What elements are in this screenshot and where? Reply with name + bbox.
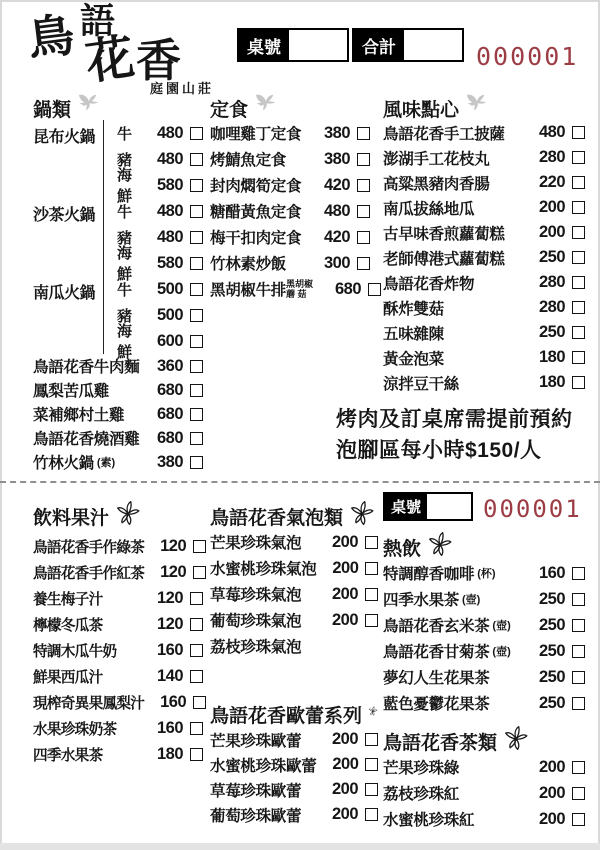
item-price: 120 <box>144 537 186 556</box>
item-name: 鳥語花香手作綠茶 <box>33 536 144 557</box>
order-checkbox[interactable] <box>190 205 203 218</box>
order-checkbox[interactable] <box>572 671 585 684</box>
section-header-juices: 飲料果汁 <box>33 503 203 529</box>
order-checkbox[interactable] <box>572 201 585 214</box>
menu-item-row: 荔枝珍珠氣泡 <box>210 633 378 659</box>
menu-item-row: 涼拌豆干絲180 <box>383 370 585 395</box>
item-name: 水蜜桃珍珠氣泡 <box>210 557 316 579</box>
item-name: 竹林火鍋(素) <box>33 451 141 473</box>
item-note: (壺) <box>492 617 510 633</box>
item-price: 680 <box>141 381 183 400</box>
item-name-text: 鳥語花香玄米茶 <box>383 614 489 636</box>
section-header-au-lait: 鳥語花香歐蕾系列 <box>210 701 378 727</box>
item-note-line: 蘑 菇 <box>286 289 319 299</box>
order-checkbox[interactable] <box>190 309 203 322</box>
item-name: 鳥語花香玄米茶(壺) <box>383 614 523 636</box>
order-checkbox[interactable] <box>193 696 206 709</box>
table-number-field[interactable] <box>427 494 471 519</box>
item-name: 鮮果西瓜汁 <box>33 666 141 687</box>
item-name: 高粱黑豬肉香腸 <box>383 172 523 194</box>
section-title: 鳥語花香氣泡類 <box>210 503 343 530</box>
menu-item-row: 鳳梨苦瓜雞680 <box>33 378 203 402</box>
order-checkbox[interactable] <box>572 326 585 339</box>
order-checkbox[interactable] <box>572 226 585 239</box>
item-note: (杯) <box>477 565 495 581</box>
menu-item-row: 芒果珍珠歐蕾200 <box>210 727 378 752</box>
order-checkbox[interactable] <box>190 231 203 244</box>
order-checkbox[interactable] <box>365 536 378 549</box>
hotpot-group: 南瓜火鍋 牛500 豬500 海鮮600 <box>33 276 203 354</box>
order-checkbox[interactable] <box>190 127 203 140</box>
menu-item-row: 鳥語花香手作紅茶120 <box>33 559 203 585</box>
item-price: 380 <box>308 124 350 143</box>
item-price: 120 <box>141 589 183 608</box>
item-price: 200 <box>316 780 358 799</box>
menu-item-row: 鳥語花香玄米茶(壺)250 <box>383 612 585 638</box>
item-price: 380 <box>308 150 350 169</box>
menu-item-row: 藍色憂鬱花果茶250 <box>383 690 585 716</box>
order-checkbox[interactable] <box>572 176 585 189</box>
order-checkbox[interactable] <box>572 151 585 164</box>
menu-item-row: 現榨奇異果鳳梨汁160 <box>33 689 203 715</box>
variant-row: 牛480 <box>106 198 203 224</box>
item-name: 梅干扣肉定食 <box>210 226 308 248</box>
menu-item-row: 特調醇香咖啡(杯)160 <box>383 560 585 586</box>
order-checkbox[interactable] <box>572 351 585 364</box>
order-checkbox[interactable] <box>193 566 206 579</box>
item-name: 菜補鄉村土雞 <box>33 403 141 425</box>
hotpot-group: 昆布火鍋 牛480 豬480 海鮮580 <box>33 120 203 198</box>
hummingbird-icon <box>77 93 101 115</box>
item-price: 360 <box>141 357 183 376</box>
item-price: 680 <box>319 280 361 299</box>
order-checkbox[interactable] <box>572 251 585 264</box>
order-checkbox[interactable] <box>572 126 585 139</box>
serial-number: 000001 <box>483 495 582 523</box>
menu-item-row: 荔枝珍珠紅200 <box>383 780 585 806</box>
divider <box>103 120 104 198</box>
item-price: 180 <box>523 373 565 392</box>
menu-item-row: 南瓜拔絲地瓜200 <box>383 195 585 220</box>
section-title: 熱飲 <box>383 534 421 561</box>
set-meal-column: 定食 咖哩雞丁定食380 烤鯖魚定食380 封肉燜筍定食420 糖醋黃魚定食48… <box>210 96 370 302</box>
menu-item-row: 檸檬冬瓜茶120 <box>33 611 203 637</box>
variant-row: 牛500 <box>106 276 203 302</box>
item-note: (壺) <box>462 591 480 607</box>
item-name: 咖哩雞丁定食 <box>210 122 308 144</box>
variant-row: 海鮮580 <box>106 250 203 276</box>
item-name: 荔枝珍珠氣泡 <box>210 635 378 657</box>
item-price: 480 <box>141 202 183 221</box>
menu-item-row: 菜補鄉村土雞680 <box>33 402 203 426</box>
order-checkbox[interactable] <box>572 645 585 658</box>
menu-item-row: 四季水果茶180 <box>33 741 203 767</box>
order-checkbox[interactable] <box>357 153 370 166</box>
section-title: 風味點心 <box>383 95 459 122</box>
item-price: 200 <box>316 585 358 604</box>
item-name: 古早味香煎蘿蔔糕 <box>383 222 523 244</box>
item-name: 荔枝珍珠紅 <box>383 782 523 804</box>
order-checkbox[interactable] <box>190 153 203 166</box>
item-price: 200 <box>523 758 565 777</box>
menu-item-row: 老師傅港式蘿蔔糕250 <box>383 245 585 270</box>
section-header-hotpot: 鍋類 <box>33 96 203 120</box>
order-checkbox[interactable] <box>365 562 378 575</box>
item-name: 鳥語花香牛肉麵 <box>33 355 141 377</box>
item-price: 250 <box>523 642 565 661</box>
item-name-text: 鳥語花香甘菊茶 <box>383 640 489 662</box>
menu-item-row: 芒果珍珠綠200 <box>383 754 585 780</box>
menu-item-row: 鳥語花香手作綠茶120 <box>33 533 203 559</box>
total-field[interactable] <box>404 30 462 60</box>
menu-item-row: 烤鯖魚定食380 <box>210 146 370 172</box>
item-price: 250 <box>523 694 565 713</box>
order-checkbox[interactable] <box>190 618 203 631</box>
item-name: 鳥語花香手工披薩 <box>383 122 523 144</box>
order-checkbox[interactable] <box>190 456 203 469</box>
item-name: 糖醋黃魚定食 <box>210 200 308 222</box>
section-header-set-meals: 定食 <box>210 96 370 120</box>
menu-item-row: 竹林火鍋(素)380 <box>33 450 203 474</box>
section-title: 飲料果汁 <box>33 503 109 530</box>
item-price: 480 <box>523 123 565 142</box>
menu-item-row: 葡萄珍珠歐蕾200 <box>210 802 378 827</box>
item-price: 200 <box>523 198 565 217</box>
item-name: 竹林素炒飯 <box>210 252 308 274</box>
order-checkbox[interactable] <box>365 783 378 796</box>
item-price: 250 <box>523 616 565 635</box>
menu-item-row: 鳥語花香牛肉麵360 <box>33 354 203 378</box>
item-name: 南瓜拔絲地瓜 <box>383 197 523 219</box>
order-checkbox[interactable] <box>190 592 203 605</box>
item-price: 200 <box>523 810 565 829</box>
variant-label: 牛 <box>106 123 141 144</box>
item-name: 葡萄珍珠氣泡 <box>210 609 316 631</box>
order-checkbox[interactable] <box>357 179 370 192</box>
logo-char: 花 <box>83 33 137 87</box>
item-name-text: 竹林火鍋 <box>33 451 94 473</box>
section-title: 定食 <box>210 95 248 122</box>
flower-icon <box>427 531 453 557</box>
item-price: 250 <box>523 248 565 267</box>
total-box: 合計 <box>352 28 464 62</box>
menu-item-row: 澎湖手工花枝丸280 <box>383 145 585 170</box>
menu-item-row: 鮮果西瓜汁140 <box>33 663 203 689</box>
item-name: 封肉燜筍定食 <box>210 174 308 196</box>
order-checkbox[interactable] <box>190 179 203 192</box>
section-header-snacks: 風味點心 <box>383 96 585 120</box>
divider <box>103 276 104 354</box>
juice-column: 飲料果汁 鳥語花香手作綠茶120 鳥語花香手作紅茶120 養生梅子汁120 檸檬… <box>33 503 203 767</box>
variant-row: 海鮮580 <box>106 172 203 198</box>
menu-item-row: 酥炸雙菇280 <box>383 295 585 320</box>
flower-icon <box>503 725 529 751</box>
item-name: 鳥語花香燒酒雞 <box>33 427 141 449</box>
item-name: 芒果珍珠綠 <box>383 756 523 778</box>
table-number-label: 桌號 <box>385 494 427 519</box>
item-note-line: 黑胡椒 <box>286 279 319 289</box>
order-checkbox[interactable] <box>365 808 378 821</box>
menu-item-row: 芒果珍珠氣泡200 <box>210 529 378 555</box>
section-title: 鳥語花香茶類 <box>383 728 497 755</box>
item-price: 160 <box>523 564 565 583</box>
order-checkbox[interactable] <box>357 205 370 218</box>
serial-number: 000001 <box>476 42 578 71</box>
item-name: 芒果珍珠歐蕾 <box>210 729 316 751</box>
snacks-column: 風味點心 鳥語花香手工披薩480 澎湖手工花枝丸280 高粱黑豬肉香腸220 南… <box>383 96 585 395</box>
order-checkbox[interactable] <box>365 614 378 627</box>
logo-subtitle: 庭園山莊 <box>150 78 214 97</box>
item-note: (素) <box>97 454 115 470</box>
table-number-field[interactable] <box>289 30 347 60</box>
menu-item-row: 水蜜桃珍珠歐蕾200 <box>210 752 378 777</box>
flower-icon <box>349 500 375 526</box>
item-price: 200 <box>316 611 358 630</box>
item-price: 200 <box>316 559 358 578</box>
order-checkbox[interactable] <box>365 588 378 601</box>
order-checkbox[interactable] <box>572 567 585 580</box>
item-price: 220 <box>523 173 565 192</box>
item-price: 280 <box>523 148 565 167</box>
order-checkbox[interactable] <box>572 276 585 289</box>
item-name: 葡萄珍珠歐蕾 <box>210 804 316 826</box>
order-checkbox[interactable] <box>572 697 585 710</box>
order-checkbox[interactable] <box>190 670 203 683</box>
item-name: 鳥語花香甘菊茶(壺) <box>383 640 523 662</box>
item-name: 鳳梨苦瓜雞 <box>33 379 141 401</box>
order-checkbox[interactable] <box>572 619 585 632</box>
item-price: 600 <box>141 332 183 351</box>
item-price: 120 <box>141 615 183 634</box>
item-price: 380 <box>141 453 183 472</box>
item-price: 680 <box>141 405 183 424</box>
section-title: 鳥語花香歐蕾系列 <box>210 701 362 728</box>
item-price: 200 <box>316 730 358 749</box>
item-name: 黃金泡菜 <box>383 347 523 369</box>
item-price: 180 <box>141 745 183 764</box>
logo-char: 香 <box>136 38 181 83</box>
sparkling-column: 鳥語花香氣泡類 芒果珍珠氣泡200 水蜜桃珍珠氣泡200 草莓珍珠氣泡200 葡… <box>210 503 378 827</box>
order-checkbox[interactable] <box>572 376 585 389</box>
order-checkbox[interactable] <box>190 257 203 270</box>
item-price: 250 <box>523 323 565 342</box>
order-checkbox[interactable] <box>357 127 370 140</box>
item-name: 酥炸雙菇 <box>383 297 523 319</box>
item-name: 水果珍珠奶茶 <box>33 718 141 739</box>
menu-item-row: 糖醋黃魚定食480 <box>210 198 370 224</box>
item-price: 480 <box>141 124 183 143</box>
section-header-hot-drinks: 熱飲 <box>383 534 585 560</box>
menu-item-row: 鳥語花香甘菊茶(壺)250 <box>383 638 585 664</box>
hotpot-name: 南瓜火鍋 <box>33 276 103 354</box>
menu-item-row: 五味雜陳250 <box>383 320 585 345</box>
item-price: 480 <box>141 228 183 247</box>
item-price: 500 <box>141 280 183 299</box>
section-header-teas: 鳥語花香茶類 <box>383 728 585 754</box>
item-name: 特調木瓜牛奶 <box>33 640 141 661</box>
order-checkbox[interactable] <box>572 761 585 774</box>
item-price: 580 <box>141 176 183 195</box>
hotpot-name: 沙茶火鍋 <box>33 198 103 276</box>
menu-item-row: 養生梅子汁120 <box>33 585 203 611</box>
item-price: 300 <box>308 254 350 273</box>
item-price: 200 <box>316 533 358 552</box>
item-name: 黑胡椒牛排 <box>210 278 286 300</box>
hot-drinks-column: 桌號 000001 熱飲 特調醇香咖啡(杯)160 四季水果茶(壺)250 鳥語… <box>383 492 585 832</box>
menu-item-row: 草莓珍珠歐蕾200 <box>210 777 378 802</box>
order-checkbox[interactable] <box>572 813 585 826</box>
order-checkbox[interactable] <box>190 644 203 657</box>
item-price: 160 <box>141 719 183 738</box>
menu-item-row: 封肉燜筍定食420 <box>210 172 370 198</box>
order-checkbox[interactable] <box>190 283 203 296</box>
item-price: 200 <box>523 223 565 242</box>
order-checkbox[interactable] <box>365 758 378 771</box>
menu-item-row: 特調木瓜牛奶160 <box>33 637 203 663</box>
item-note: (壺) <box>492 643 510 659</box>
total-label: 合計 <box>354 30 404 60</box>
menu-item-row: 草莓珍珠氣泡200 <box>210 581 378 607</box>
table-number-box: 桌號 <box>383 492 473 521</box>
item-price: 200 <box>523 784 565 803</box>
order-checkbox[interactable] <box>365 733 378 746</box>
variant-row: 牛480 <box>106 120 203 146</box>
order-checkbox[interactable] <box>357 231 370 244</box>
order-checkbox[interactable] <box>572 787 585 800</box>
section-title: 鍋類 <box>33 95 71 122</box>
menu-item-row: 鳥語花香手工披薩480 <box>383 120 585 145</box>
menu-item-row: 水果珍珠奶茶160 <box>33 715 203 741</box>
item-name: 鳥語花香手作紅茶 <box>33 562 144 583</box>
order-checkbox[interactable] <box>357 257 370 270</box>
item-name: 四季水果茶 <box>33 744 141 765</box>
order-checkbox[interactable] <box>368 283 381 296</box>
order-checkbox[interactable] <box>190 748 203 761</box>
menu-item-row: 梅干扣肉定食420 <box>210 224 370 250</box>
reservation-notice: 烤肉及訂桌席需提前預約 泡腳區每小時$150/人 <box>336 404 573 466</box>
divider <box>103 198 104 276</box>
item-price: 280 <box>523 273 565 292</box>
menu-item-row: 竹林素炒飯300 <box>210 250 370 276</box>
hummingbird-icon <box>254 93 278 115</box>
item-name: 水蜜桃珍珠紅 <box>383 808 523 830</box>
order-checkbox[interactable] <box>190 408 203 421</box>
menu-item-row: 水蜜桃珍珠氣泡200 <box>210 555 378 581</box>
item-name: 草莓珍珠歐蕾 <box>210 779 316 801</box>
item-price: 250 <box>523 590 565 609</box>
flower-icon <box>368 698 378 724</box>
item-price: 680 <box>141 429 183 448</box>
menu-item-row: 鳥語花香炸物280 <box>383 270 585 295</box>
item-price: 420 <box>308 176 350 195</box>
section-header-sparkling: 鳥語花香氣泡類 <box>210 503 378 529</box>
item-name: 水蜜桃珍珠歐蕾 <box>210 754 316 776</box>
item-note: 黑胡椒蘑 菇 <box>286 279 319 299</box>
flower-icon <box>115 500 141 526</box>
item-name: 草莓珍珠氣泡 <box>210 583 316 605</box>
notice-line: 烤肉及訂桌席需提前預約 <box>336 404 573 435</box>
menu-item-row: 咖哩雞丁定食380 <box>210 120 370 146</box>
item-price: 500 <box>141 306 183 325</box>
order-checkbox[interactable] <box>193 540 206 553</box>
order-checkbox[interactable] <box>572 593 585 606</box>
table-number-label: 桌號 <box>239 30 289 60</box>
notice-line: 泡腳區每小時$150/人 <box>336 435 573 466</box>
menu-item-row: 四季水果茶(壺)250 <box>383 586 585 612</box>
item-name: 澎湖手工花枝丸 <box>383 147 523 169</box>
menu-item-row: 夢幻人生花果茶250 <box>383 664 585 690</box>
logo-char: 鳥 <box>25 11 76 62</box>
item-price: 480 <box>308 202 350 221</box>
item-name: 五味雜陳 <box>383 322 523 344</box>
variant-label: 牛 <box>106 201 141 222</box>
hotpot-column: 鍋類 昆布火鍋 牛480 豬480 海鮮580 沙茶火鍋 牛480 豬480 海… <box>33 96 203 474</box>
page-edge <box>0 843 600 850</box>
item-price: 420 <box>308 228 350 247</box>
menu-item-row: 鳥語花香燒酒雞680 <box>33 426 203 450</box>
variant-row: 海鮮600 <box>106 328 203 354</box>
dashed-divider <box>0 481 600 483</box>
order-checkbox[interactable] <box>190 722 203 735</box>
item-name: 烤鯖魚定食 <box>210 148 308 170</box>
order-checkbox[interactable] <box>190 432 203 445</box>
item-price: 160 <box>141 641 183 660</box>
item-price: 200 <box>316 805 358 824</box>
item-name: 特調醇香咖啡(杯) <box>383 562 523 584</box>
table-number-box: 桌號 <box>237 28 349 62</box>
menu-item-row: 高粱黑豬肉香腸220 <box>383 170 585 195</box>
item-name-text: 特調醇香咖啡 <box>383 562 474 584</box>
order-checkbox[interactable] <box>572 301 585 314</box>
variant-label: 牛 <box>106 279 141 300</box>
item-price: 160 <box>144 693 186 712</box>
hotpot-group: 沙茶火鍋 牛480 豬480 海鮮580 <box>33 198 203 276</box>
item-name: 藍色憂鬱花果茶 <box>383 692 523 714</box>
item-price: 180 <box>523 348 565 367</box>
menu-item-row: 黃金泡菜180 <box>383 345 585 370</box>
item-name: 夢幻人生花果茶 <box>383 666 523 688</box>
item-name-text: 四季水果茶 <box>383 588 459 610</box>
order-checkbox[interactable] <box>190 384 203 397</box>
menu-item-row: 黑胡椒牛排黑胡椒蘑 菇680 <box>210 276 370 302</box>
item-price: 250 <box>523 668 565 687</box>
item-price: 140 <box>141 667 183 686</box>
menu-item-row: 葡萄珍珠氣泡200 <box>210 607 378 633</box>
restaurant-logo: 鳥 語 花 香 庭園山莊 <box>22 4 242 96</box>
menu-item-row: 水蜜桃珍珠紅200 <box>383 806 585 832</box>
item-price: 120 <box>144 563 186 582</box>
item-name: 涼拌豆干絲 <box>383 372 523 394</box>
item-name: 四季水果茶(壺) <box>383 588 523 610</box>
item-name: 養生梅子汁 <box>33 588 141 609</box>
hotpot-name: 昆布火鍋 <box>33 120 103 198</box>
order-checkbox[interactable] <box>190 360 203 373</box>
menu-item-row: 古早味香煎蘿蔔糕200 <box>383 220 585 245</box>
item-price: 580 <box>141 254 183 273</box>
item-price: 280 <box>523 298 565 317</box>
order-checkbox[interactable] <box>190 335 203 348</box>
item-name: 檸檬冬瓜茶 <box>33 614 141 635</box>
hummingbird-icon <box>465 93 489 115</box>
item-price: 480 <box>141 150 183 169</box>
item-name: 鳥語花香炸物 <box>383 272 523 294</box>
item-name: 芒果珍珠氣泡 <box>210 531 316 553</box>
item-price: 200 <box>316 755 358 774</box>
item-name: 現榨奇異果鳳梨汁 <box>33 692 144 713</box>
item-name: 老師傅港式蘿蔔糕 <box>383 247 523 269</box>
